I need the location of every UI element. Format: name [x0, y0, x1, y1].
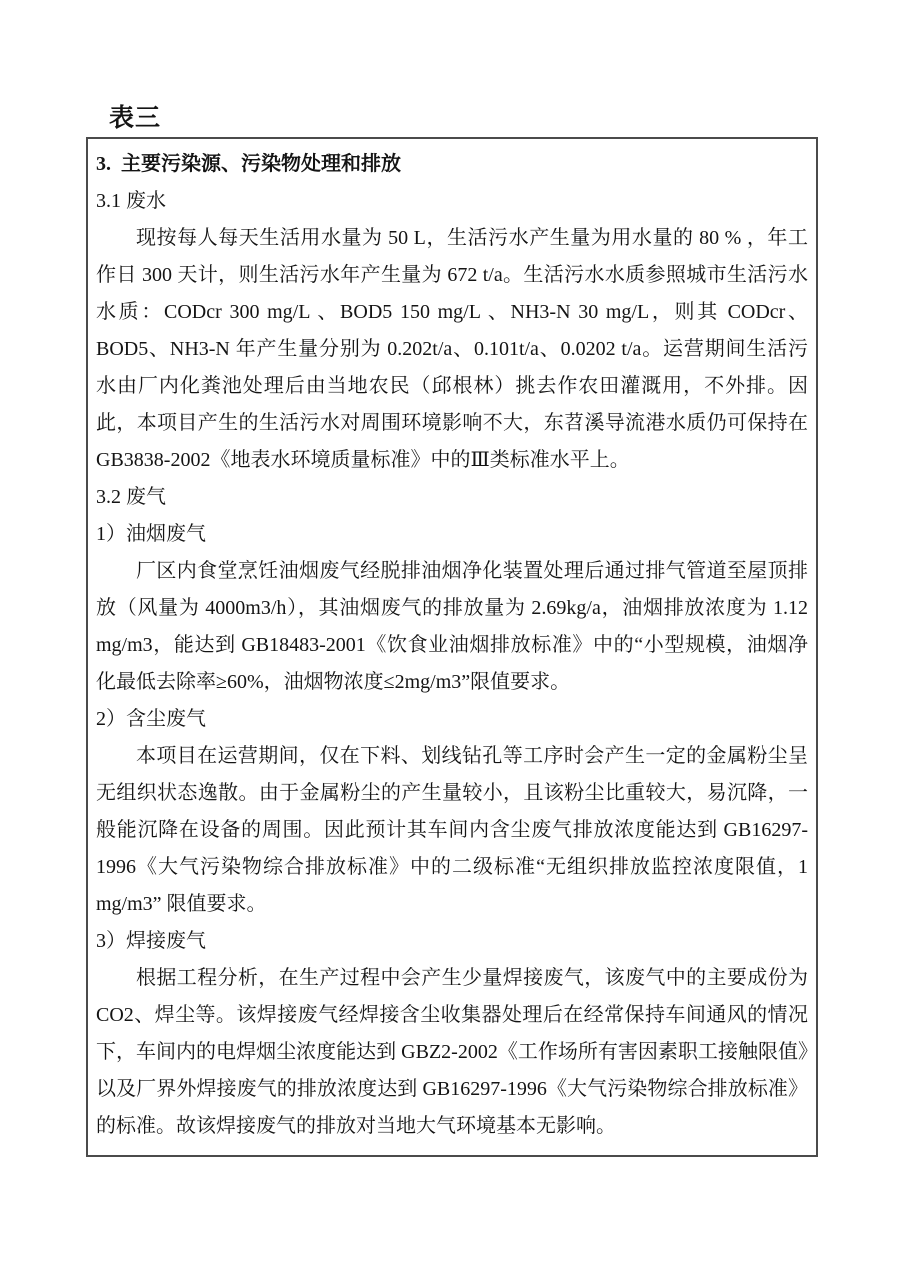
section-title: 3. 主要污染源、污染物处理和排放	[96, 145, 808, 183]
heading-wastewater: 3.1 废水	[96, 183, 808, 220]
paragraph-welding-gas: 根据工程分析，在生产过程中会产生少量焊接废气，该废气中的主要成份为 CO2、焊尘…	[96, 960, 808, 1145]
heading-oil-fume-gas: 1）油烟废气	[96, 516, 808, 553]
heading-waste-gas: 3.2 废气	[96, 479, 808, 516]
paragraph-wastewater: 现按每人每天生活用水量为 50 L，生活污水产生量为用水量的 80 % ，年工作…	[96, 220, 808, 479]
table-label: 表三	[109, 98, 161, 134]
content-box: 3. 主要污染源、污染物处理和排放 3.1 废水 现按每人每天生活用水量为 50…	[86, 137, 818, 1157]
heading-welding-gas: 3）焊接废气	[96, 923, 808, 960]
paragraph-oil-fume-gas: 厂区内食堂烹饪油烟废气经脱排油烟净化装置处理后通过排气管道至屋顶排放（风量为 4…	[96, 553, 808, 701]
heading-dust-gas: 2）含尘废气	[96, 701, 808, 738]
paragraph-dust-gas: 本项目在运营期间，仅在下料、划线钻孔等工序时会产生一定的金属粉尘呈无组织状态逸散…	[96, 738, 808, 923]
